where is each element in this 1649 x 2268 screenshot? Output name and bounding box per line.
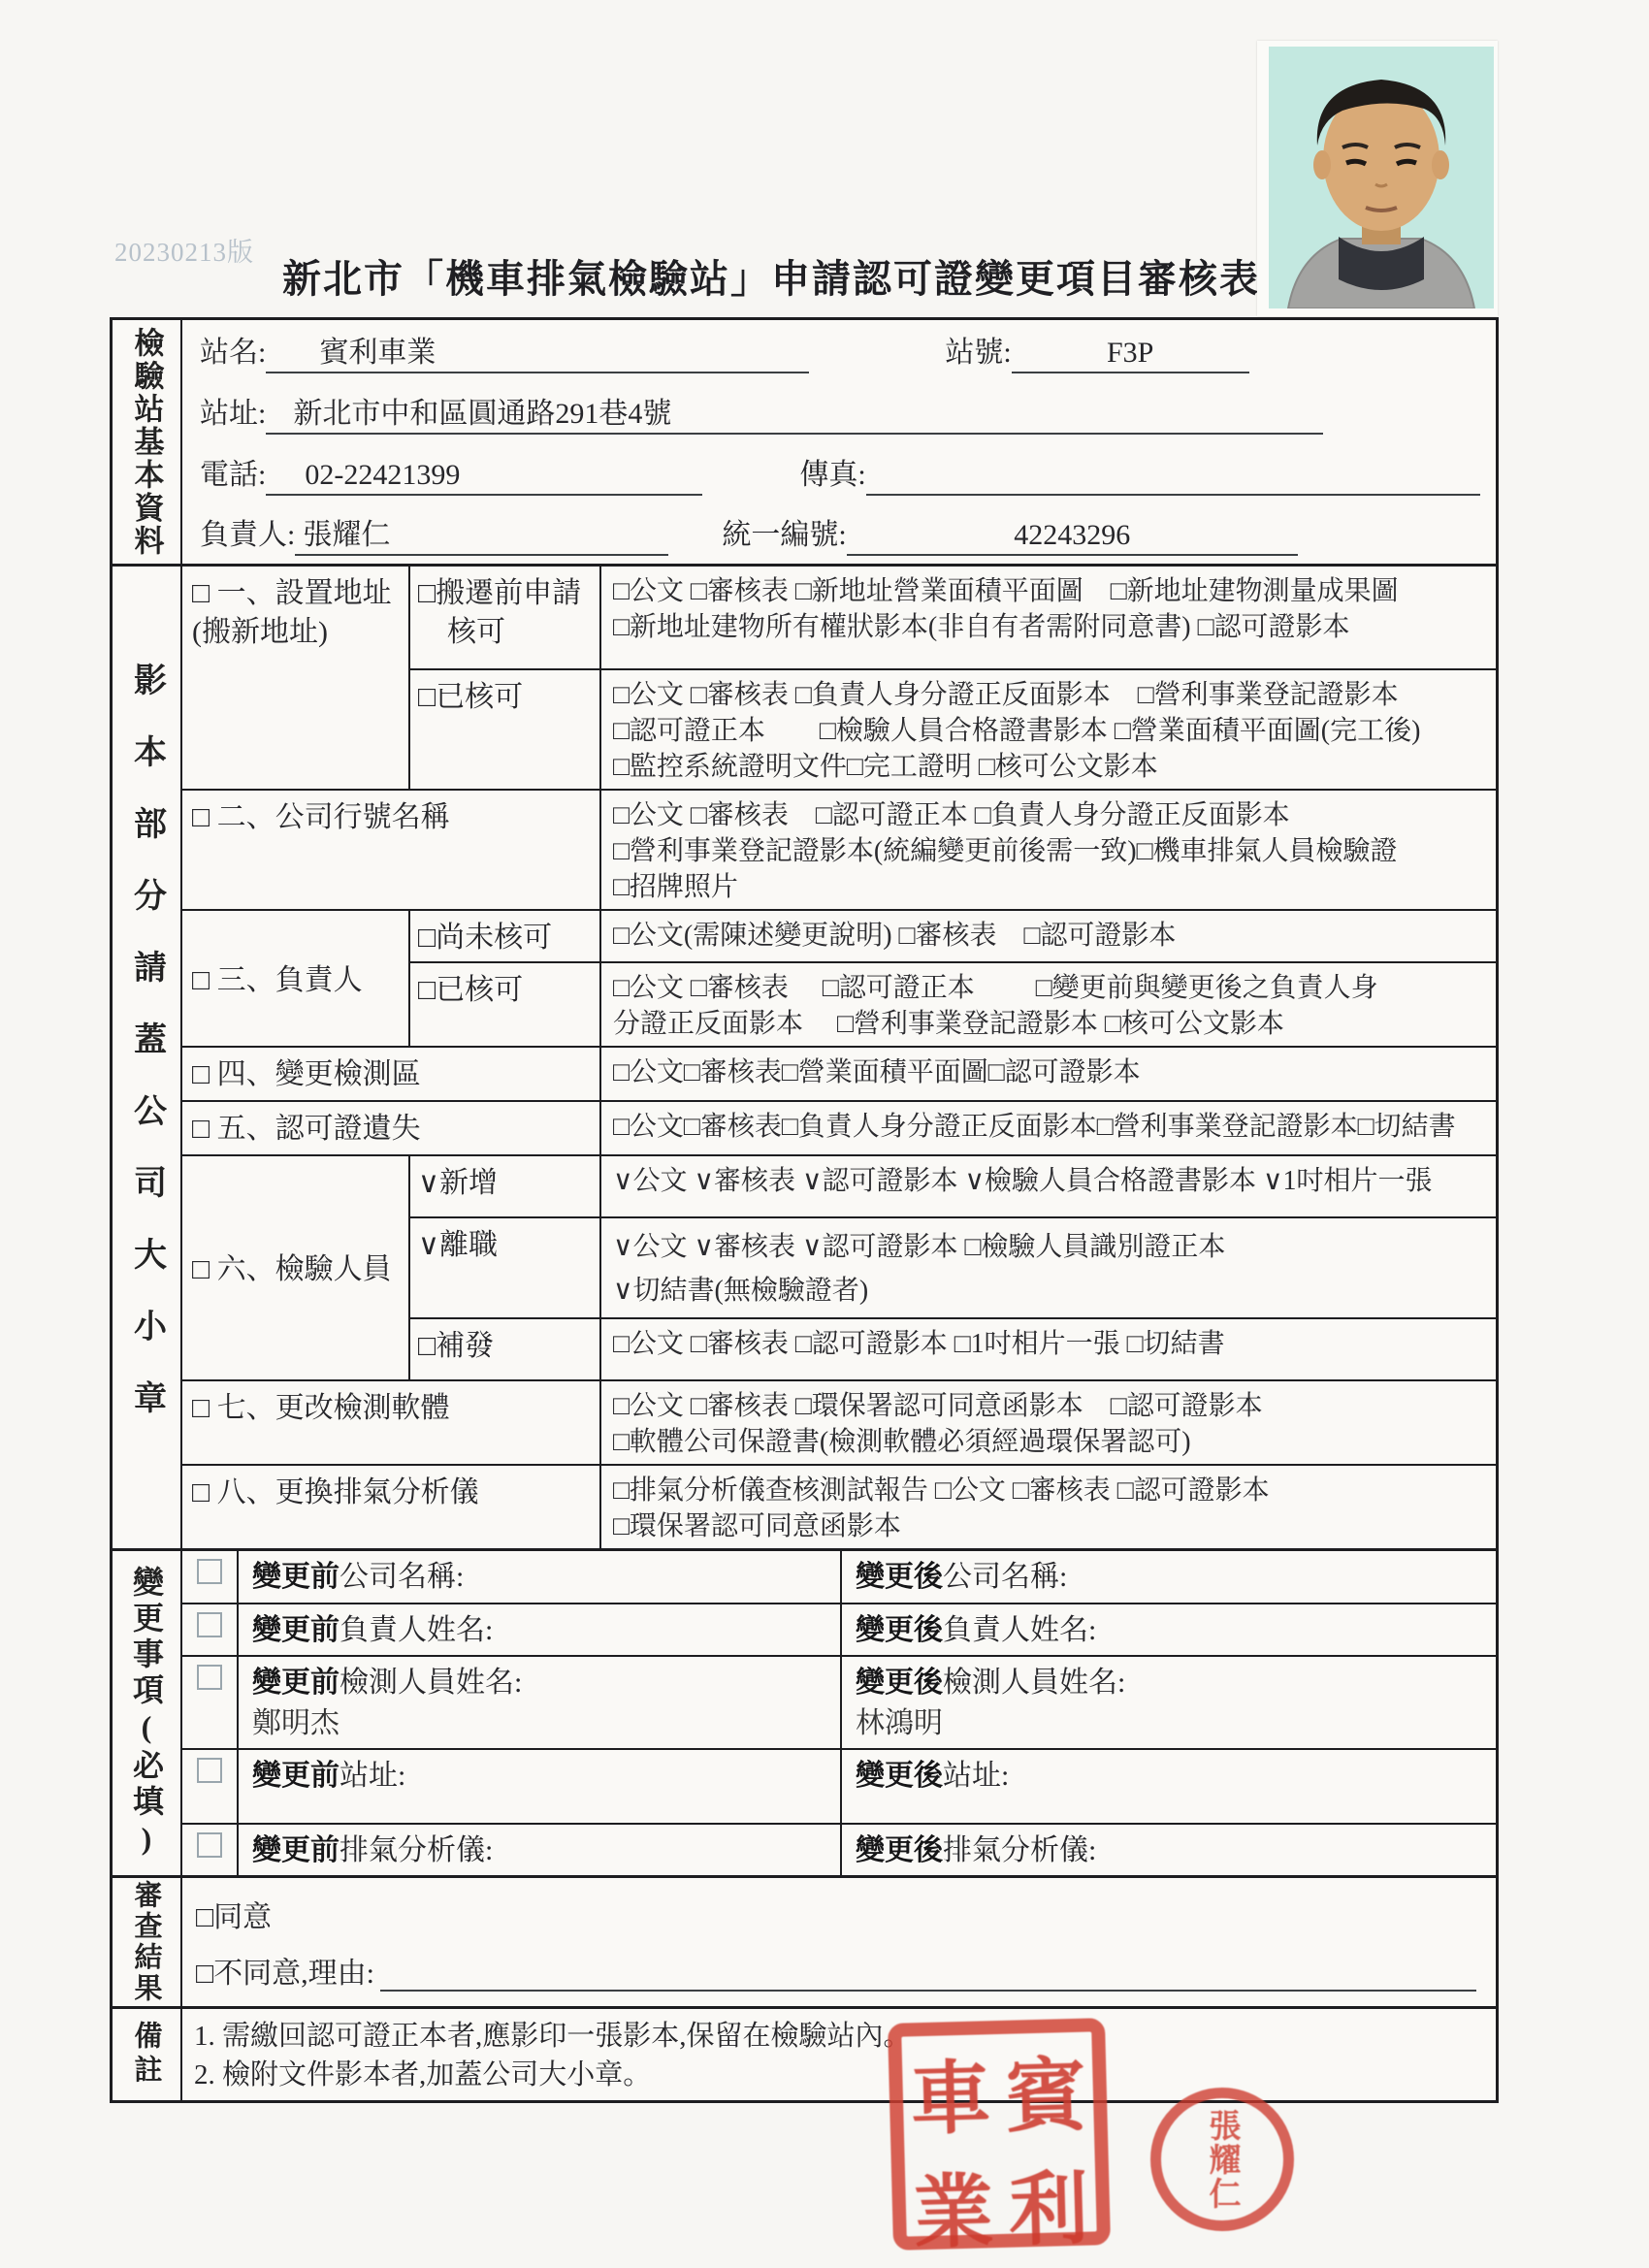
change-prefix: 變更後 [856,1834,943,1866]
change-before-owner: 變更前負責人姓名: [239,1604,842,1655]
station-name-value: 賓利車業 [266,333,809,373]
id-photo-image [1269,47,1494,308]
change-after-address: 變更後站址: [842,1750,1496,1823]
table-row: 變更前公司名稱: 變更後公司名稱: [182,1551,1496,1603]
station-name-label: 站名: [200,333,266,373]
table-row: □補發 □公文 □審核表 □認可證影本 □1吋相片一張 □切結書 [410,1317,1496,1379]
company-seal-stamp: 車 賓 業 利 [888,2018,1111,2251]
change-before-analyzer: 變更前排氣分析儀: [239,1825,842,1875]
change-after-analyzer: 變更後排氣分析儀: [842,1825,1496,1875]
doc-item-6-label: □ 六、檢驗人員 [182,1156,410,1379]
change-prefix: 變更前 [252,1614,339,1646]
table-row: □搬遷前申請 核可 □公文 □審核表 □新地址營業面積平面圖 □新地址建物測量成… [410,567,1496,668]
table-row: □ 一、設置地址 (搬新地址) □搬遷前申請 核可 □公文 □審核表 □新地址營… [182,567,1496,789]
doc-item-5-docs: □公文□審核表□負責人身分證正反面影本□營利事業登記證影本□切結書 [601,1102,1496,1154]
notes-text: 1. 需繳回認可證正本者,應影印一張影本,保留在檢驗站內。 2. 檢附文件影本者… [182,2009,1496,2100]
section-notes: 備註 1. 需繳回認可證正本者,應影印一張影本,保留在檢驗站內。 2. 檢附文件… [113,2006,1496,2100]
change-prefix: 變更後 [856,1614,943,1646]
scanned-form-page: 20230213版 新北市「機車排氣檢驗站」申請認可證變更項目審核表 檢驗站基本… [0,0,1649,2268]
page-title: 新北市「機車排氣檢驗站」申請認可證變更項目審核表 [242,248,1300,304]
change-prefix: 變更後 [856,1667,943,1699]
checkbox-unchecked [197,1832,222,1858]
doc-item-6-sub-3-label: □補發 [410,1319,601,1379]
review-disagree-option: □不同意,理由: [182,1949,1496,1992]
table-row: □尚未核可 □公文(需陳述變更說明) □審核表 □認可證影本 [410,911,1496,961]
checkbox-cell [182,1551,239,1603]
review-reason-line [380,1953,1476,1992]
table-row: □已核可 □公文 □審核表 □負責人身分證正反面影本 □營利事業登記證影本 □認… [410,668,1496,789]
doc-item-2-docs: □公文 □審核表 □認可證正本 □負責人身分證正反面影本 □營利事業登記證影本(… [601,791,1496,909]
table-row: 站名: 賓利車業 站號: F3P [182,320,1496,381]
station-code-value: F3P [1012,333,1249,373]
checkbox-cell [182,1750,239,1823]
table-row: 站址: 新北市中和區圓通路291巷4號 [182,381,1496,442]
address-label: 站址: [200,394,266,435]
change-label: 排氣分析儀: [943,1834,1096,1866]
checkbox-cell [182,1604,239,1655]
version-note: 20230213版 [114,231,254,269]
change-before-address: 變更前站址: [239,1750,842,1823]
doc-item-2-label: □ 二、公司行號名稱 [182,791,601,909]
review-disagree-label: □不同意,理由: [196,1949,374,1992]
uid-value: 42243296 [847,515,1298,556]
doc-item-3-sub-2-docs: □公文 □審核表 □認可證正本 □變更前與變更後之負責人身 分證正反面影本 □營… [601,963,1496,1046]
section-basic-label: 檢驗站基本資料 [113,320,182,564]
table-row: 變更前檢測人員姓名: 鄭明杰 變更後檢測人員姓名: 林鴻明 [182,1655,1496,1748]
table-row: 負責人: 張耀仁 統一編號: 42243296 [182,503,1496,564]
uid-label: 統一編號: [722,515,846,556]
doc-item-3-sub-1-label: □尚未核可 [410,911,601,961]
fax-value [866,455,1480,496]
change-after-owner: 變更後負責人姓名: [842,1604,1496,1655]
table-row: □ 五、認可證遺失 □公文□審核表□負責人身分證正反面影本□營利事業登記證影本□… [182,1100,1496,1154]
section-documents: 影本部分請蓋公司大小章 □ 一、設置地址 (搬新地址) □搬遷前申請 核可 □公… [113,564,1496,1548]
checkbox-cell [182,1825,239,1875]
station-code-label: 站號: [945,333,1011,373]
change-prefix: 變更前 [252,1834,339,1866]
doc-item-6-sub-2-label: ∨離職 [410,1218,601,1317]
form-table: 檢驗站基本資料 站名: 賓利車業 站號: F3P 站址: 新北市中和區圓通路29… [110,317,1499,2103]
address-value: 新北市中和區圓通路291巷4號 [266,394,1323,435]
doc-item-6-sub-1-docs: ∨公文 ∨審核表 ∨認可證影本 ∨檢驗人員合格證書影本 ∨1吋相片一張 [601,1156,1496,1216]
doc-item-1-sub-2-label: □已核可 [410,670,601,789]
doc-item-5-label: □ 五、認可證遺失 [182,1102,601,1154]
table-row: □ 八、更換排氣分析儀 □排氣分析儀查核測試報告 □公文 □審核表 □認可證影本… [182,1464,1496,1548]
change-label: 站址: [339,1760,405,1792]
doc-item-1-sub-1-label: □搬遷前申請 核可 [410,567,601,668]
doc-item-8-label: □ 八、更換排氣分析儀 [182,1466,601,1548]
change-prefix: 變更前 [252,1760,339,1792]
table-row: □ 三、負責人 □尚未核可 □公文(需陳述變更說明) □審核表 □認可證影本 □… [182,909,1496,1046]
doc-item-6-sub-1-label: ∨新增 [410,1156,601,1216]
id-photo [1257,41,1498,316]
table-row: □ 六、檢驗人員 ∨新增 ∨公文 ∨審核表 ∨認可證影本 ∨檢驗人員合格證書影本… [182,1154,1496,1379]
change-label: 負責人姓名: [943,1614,1096,1646]
change-before-company: 變更前公司名稱: [239,1551,842,1603]
doc-item-3-sub-1-docs: □公文(需陳述變更說明) □審核表 □認可證影本 [601,911,1496,961]
fax-label: 傳真: [799,455,865,496]
change-before-inspector: 變更前檢測人員姓名: 鄭明杰 [239,1657,842,1748]
review-agree-option: □同意 [182,1893,1496,1935]
doc-item-7-docs: □公文 □審核表 □環保署認可同意函影本 □認可證影本 □軟體公司保證書(檢測軟… [601,1381,1496,1464]
change-value: 鄭明杰 [252,1703,836,1744]
doc-item-1-sub-1-docs: □公文 □審核表 □新地址營業面積平面圖 □新地址建物測量成果圖 □新地址建物所… [601,567,1496,668]
doc-item-3-label: □ 三、負責人 [182,911,410,1046]
table-row: □已核可 □公文 □審核表 □認可證正本 □變更前與變更後之負責人身 分證正反面… [410,961,1496,1046]
section-basic-info: 檢驗站基本資料 站名: 賓利車業 站號: F3P 站址: 新北市中和區圓通路29… [113,320,1496,564]
doc-item-8-docs: □排氣分析儀查核測試報告 □公文 □審核表 □認可證影本 □環保署認可同意函影本 [601,1466,1496,1548]
phone-label: 電話: [200,455,266,496]
owner-label: 負責人: [200,515,295,556]
section-review: 審查結果 □同意 □不同意,理由: [113,1875,1496,2006]
section-notes-label: 備註 [113,2009,182,2100]
change-label: 檢測人員姓名: [943,1667,1125,1699]
doc-item-7-label: □ 七、更改檢測軟體 [182,1381,601,1464]
checkbox-unchecked [197,1758,222,1783]
change-prefix: 變更後 [856,1760,943,1792]
table-row: 變更前負責人姓名: 變更後負責人姓名: [182,1603,1496,1655]
doc-item-4-docs: □公文□審核表□營業面積平面圖□認可證影本 [601,1048,1496,1100]
table-row: ∨新增 ∨公文 ∨審核表 ∨認可證影本 ∨檢驗人員合格證書影本 ∨1吋相片一張 [410,1156,1496,1216]
change-prefix: 變更前 [252,1667,339,1699]
table-row: ∨離職 ∨公文 ∨審核表 ∨認可證影本 □檢驗人員識別證正本 ∨切結書(無檢驗證… [410,1216,1496,1317]
table-row: 電話: 02-22421399 傳真: [182,442,1496,503]
seal-char: 賓 [996,2031,1094,2148]
review-agree-label: □同意 [196,1893,272,1935]
doc-item-3-sub-2-label: □已核可 [410,963,601,1046]
doc-item-4-label: □ 四、變更檢測區 [182,1048,601,1100]
checkbox-cell [182,1657,239,1748]
doc-item-6-sub-2-docs: ∨公文 ∨審核表 ∨認可證影本 □檢驗人員識別證正本 ∨切結書(無檢驗證者) [601,1218,1496,1317]
section-changes: 變更事項(必填) 變更前公司名稱: 變更後公司名稱: [113,1548,1496,1875]
owner-value: 張耀仁 [295,515,668,556]
change-prefix: 變更後 [856,1561,943,1593]
phone-value: 02-22421399 [266,455,702,496]
change-label: 排氣分析儀: [339,1834,493,1866]
table-row: □ 四、變更檢測區 □公文□審核表□營業面積平面圖□認可證影本 [182,1046,1496,1100]
change-after-inspector: 變更後檢測人員姓名: 林鴻明 [842,1657,1496,1748]
change-label: 公司名稱: [339,1561,464,1593]
seal-char: 業 [904,2148,1002,2264]
section-review-label: 審查結果 [113,1878,182,2006]
seal-char: 車 [901,2034,999,2151]
doc-item-1-label: □ 一、設置地址 (搬新地址) [182,567,410,789]
doc-item-6-sub-3-docs: □公文 □審核表 □認可證影本 □1吋相片一張 □切結書 [601,1319,1496,1379]
change-label: 負責人姓名: [339,1614,493,1646]
change-label: 公司名稱: [943,1561,1067,1593]
checkbox-unchecked [197,1665,222,1690]
table-row: □ 二、公司行號名稱 □公文 □審核表 □認可證正本 □負責人身分證正反面影本 … [182,789,1496,909]
doc-item-1-sub-2-docs: □公文 □審核表 □負責人身分證正反面影本 □營利事業登記證影本 □認可證正本 … [601,670,1496,789]
change-label: 站址: [943,1760,1009,1792]
checkbox-unchecked [197,1559,222,1584]
change-prefix: 變更前 [252,1561,339,1593]
table-row: 變更前排氣分析儀: 變更後排氣分析儀: [182,1823,1496,1875]
table-row: 變更前站址: 變更後站址: [182,1748,1496,1823]
section-changes-label: 變更事項(必填) [113,1551,182,1875]
table-row: □ 七、更改檢測軟體 □公文 □審核表 □環保署認可同意函影本 □認可證影本 □… [182,1379,1496,1464]
change-value: 林鴻明 [856,1703,1492,1744]
change-label: 檢測人員姓名: [339,1667,522,1699]
section-documents-label: 影本部分請蓋公司大小章 [113,567,182,1548]
change-after-company: 變更後公司名稱: [842,1551,1496,1603]
seal-char: 利 [999,2145,1097,2261]
checkbox-unchecked [197,1612,222,1637]
personal-seal-stamp: 張耀仁 [1150,2088,1294,2231]
